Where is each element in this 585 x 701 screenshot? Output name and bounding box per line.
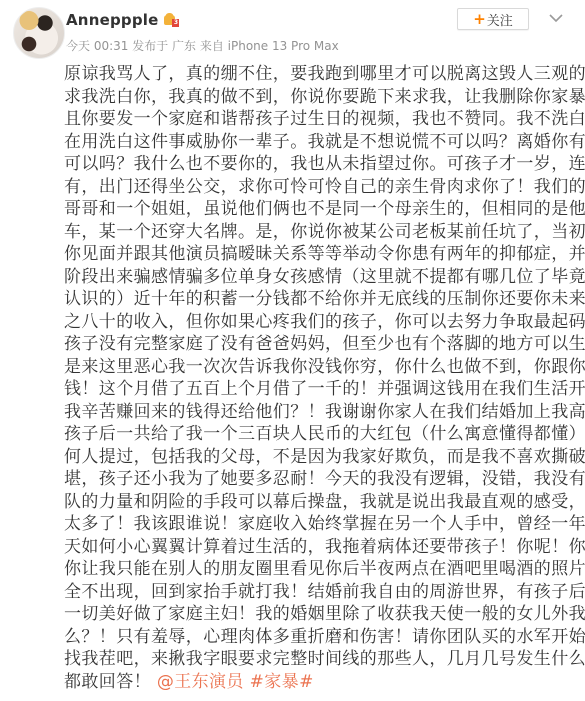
avatar[interactable] <box>13 7 65 59</box>
follow-label: 关注 <box>487 10 513 29</box>
body-line: 天如何小心翼翼计算着过生活的，我拖着病体还要带孩子！你呢！你在玩消失！ <box>64 536 580 559</box>
body-line: 车，某一个还穿大名牌。是，你说你被某公司老板某前任坑了，当初两三年不跟 <box>64 221 580 244</box>
body-line: 哥哥和一个姐姐，虽说他们俩也不是同一个母亲生的，但相同的是他们都有房有 <box>64 198 580 221</box>
author-row: Anneppple 3 <box>66 11 179 29</box>
body-line: 你见面并跟其他演员搞暧昧关系等等举动令你患有两年的抑郁症，并促使你那个 <box>64 243 580 266</box>
body-line: 队的力量和阴险的手段可以幕后操盘，我就是说出我最直观的感受，这两年委屈 <box>64 491 580 514</box>
body-line: 太多了！我该跟谁说！家庭收入始终掌握在另一个人手中，曾经一年多里，我每 <box>64 513 580 536</box>
body-line: 是来这里恶心我一次次告诉我你没钱你穷，你什么也做不到，你跟你妈你姐借 <box>64 356 580 379</box>
body-line: 么？！只有羞辱，心理肉体多重折磨和伤害！请你团队买的水军开始表演吧，来 <box>64 626 580 649</box>
post-meta: 今天 00:31 发布于 广东 来自 iPhone 13 Pro Max <box>66 37 339 54</box>
body-text: 都敢回答！ <box>64 672 151 692</box>
body-line: 何人提过，包括我的父母，不是因为我家好欺负，而是我不喜欢撕破脸那么难 <box>64 446 580 469</box>
body-line: 在用洗白这件事威胁你一辈子。我就是不想说慌不可以吗？离婚你有点男人样不 <box>64 131 580 154</box>
body-line: 有，出门还得坐公交，求你可怜可怜自己的亲生骨肉求你了！我们的女儿有一个 <box>64 176 580 199</box>
body-line: 求我洗白你，我真的做不到，你说你要跪下来求我，让我删除你家暴我的视频并 <box>64 86 580 109</box>
post-body: 原谅我骂人了，真的绷不住，要我跑到哪里才可以脱离这毁人三观的家庭。回来 求我洗白… <box>64 63 580 693</box>
body-line: 你让我只能在别人的朋友圈里看见你后半夜两点在酒吧里喝酒的照片！几个月完 <box>64 558 580 581</box>
body-line: 堪，孩子还小我为了她要多忍耐！今天的我没有逻辑，没错，我没有某些人那团 <box>64 468 580 491</box>
more-options-button[interactable] <box>548 8 564 20</box>
body-line: 孩子没有完整家庭了没有爸爸妈妈，但至少也有个落脚的地方可以生存吧？而不 <box>64 333 580 356</box>
follow-button[interactable]: + 关注 <box>457 8 529 30</box>
body-line: 且你要发一个家庭和谐帮孩子过生日的视频，我也不赞同。我不洗白你你就说我 <box>64 108 580 131</box>
chevron-down-icon <box>548 13 564 23</box>
author-name[interactable]: Anneppple <box>66 11 158 29</box>
vip-crown-icon[interactable]: 3 <box>164 14 179 27</box>
body-line-last: 都敢回答！ @王东演员 #家暴# <box>64 671 580 694</box>
body-line: 原谅我骂人了，真的绷不住，要我跑到哪里才可以脱离这毁人三观的家庭。回来 <box>64 63 580 86</box>
plus-icon: + <box>473 12 486 27</box>
body-line: 全不出现，回到家抬手就打我！结婚前我自由的周游世界，有孩子后我抛下世间 <box>64 581 580 604</box>
body-line: 钱！这个月借了五百上个月借了一千的！并强调这钱用在我们生活开销上了所以 <box>64 378 580 401</box>
topic-hashtag-link[interactable]: #家暴# <box>250 672 314 692</box>
vip-level-badge: 3 <box>172 19 179 27</box>
body-line: 之八十的收入，但你如果心疼我们的孩子，你可以去努力争取最起码离婚后虽然 <box>64 311 580 334</box>
body-line: 阶段出来骗感情骗多位单身女孩感情（这里就不提都有哪几位了毕竟还有某前任 <box>64 266 580 289</box>
body-line: 找我茬吧，来揪我字眼要求完整时间线的那些人，几月几号发生什么你敢问的我 <box>64 648 580 671</box>
mention-link[interactable]: @王东演员 <box>157 672 244 692</box>
body-line: 一切美好做了家庭主妇！我的婚姻里除了收获我天使一般的女儿外我得到了什 <box>64 603 580 626</box>
body-line: 认识的）近十年的积蓄一分钱都不给你并无底线的压制你还要你未来十五年百分 <box>64 288 580 311</box>
body-line: 我辛苦赚回来的钱得还给他们？！我谢谢你家人在我们结婚加上我高危顺产生完 <box>64 401 580 424</box>
body-line: 可以吗？我什么也不要你的，我也从未指望过你。可孩子才一岁，连个家都没 <box>64 153 580 176</box>
body-line: 孩子后一共给了我一个三百块人民币的大红包（什么寓意懂得都懂）我从未和任 <box>64 423 580 446</box>
